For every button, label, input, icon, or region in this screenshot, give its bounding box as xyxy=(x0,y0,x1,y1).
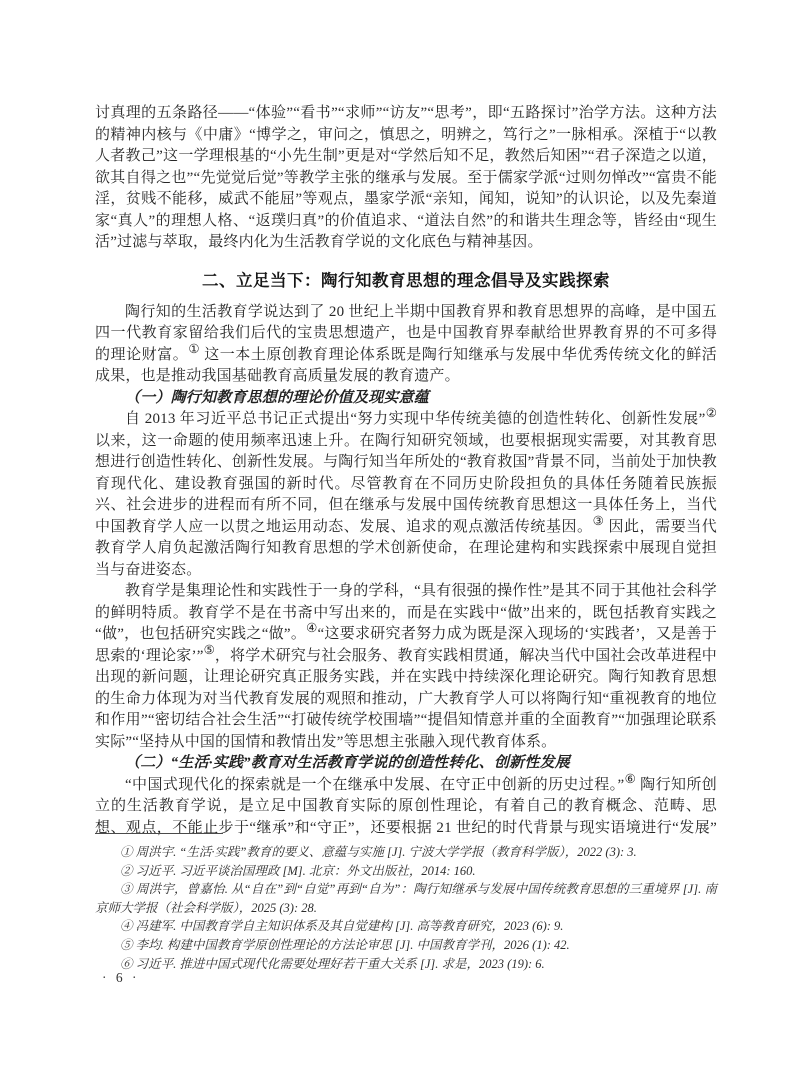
section-heading: 二、立足当下：陶行知教育思想的理念倡导及实践探索 xyxy=(95,269,717,293)
page-number: · 6 · xyxy=(102,970,140,986)
paragraph-intro: 陶行知的生活教育学说达到了 20 世纪上半期中国教育界和教育思想界的高峰，是中国… xyxy=(95,302,717,388)
scanned-paper-page: 讨真理的五条路径——“体验”“看书”“求师”“访友”“思考”，即“五路探讨”治学… xyxy=(0,0,800,1077)
subheading-one: （一）陶行知教育思想的理论价值及现实意蕴 xyxy=(95,388,717,410)
footnote-1: ① 周洪宇. “生活·实践”教育的要义、意蕴与实施 [J]. 宁波大学学报（教育… xyxy=(95,843,717,862)
footnote-2: ② 习近平. 习近平谈治国理政 [M]. 北京：外文出版社，2014: 160. xyxy=(95,862,717,881)
footnote-6: ⑥ 习近平. 推进中国式现代化需要处理好若干重大关系 [J]. 求是，2023 … xyxy=(95,955,717,974)
footnote-5: ⑤ 李均. 构建中国教育学原创性理论的方法论审思 [J]. 中国教育学刊，202… xyxy=(95,936,717,955)
footnotes-section: ① 周洪宇. “生活·实践”教育的要义、意蕴与实施 [J]. 宁波大学学报（教育… xyxy=(95,833,717,973)
footnote-4: ④ 冯建军. 中国教育学自主知识体系及其自觉建构 [J]. 高等教育研究，202… xyxy=(95,917,717,936)
paragraph-innovation: “中国式现代化的探索就是一个在继承中发展、在守正中创新的历史过程。”⑥ 陶行知所… xyxy=(95,775,717,837)
paragraph-practice: 教育学是集理论性和实践性于一身的学科，“具有很强的操作性”是其不同于其他社会科学… xyxy=(95,581,717,753)
footnote-3: ③ 周洪宇，曾嘉怡. 从“自在”到“自觉”再到“自为”：陶行知继承与发展中国传统… xyxy=(95,880,717,917)
paragraph-value: 自 2013 年习近平总书记正式提出“努力实现中华传统美德的创造性转化、创新性发… xyxy=(95,409,717,581)
article-text: 讨真理的五条路径——“体验”“看书”“求师”“访友”“思考”，即“五路探讨”治学… xyxy=(95,103,717,836)
paragraph-continuation: 讨真理的五条路径——“体验”“看书”“求师”“访友”“思考”，即“五路探讨”治学… xyxy=(95,103,717,254)
footnote-separator-line xyxy=(95,833,223,834)
